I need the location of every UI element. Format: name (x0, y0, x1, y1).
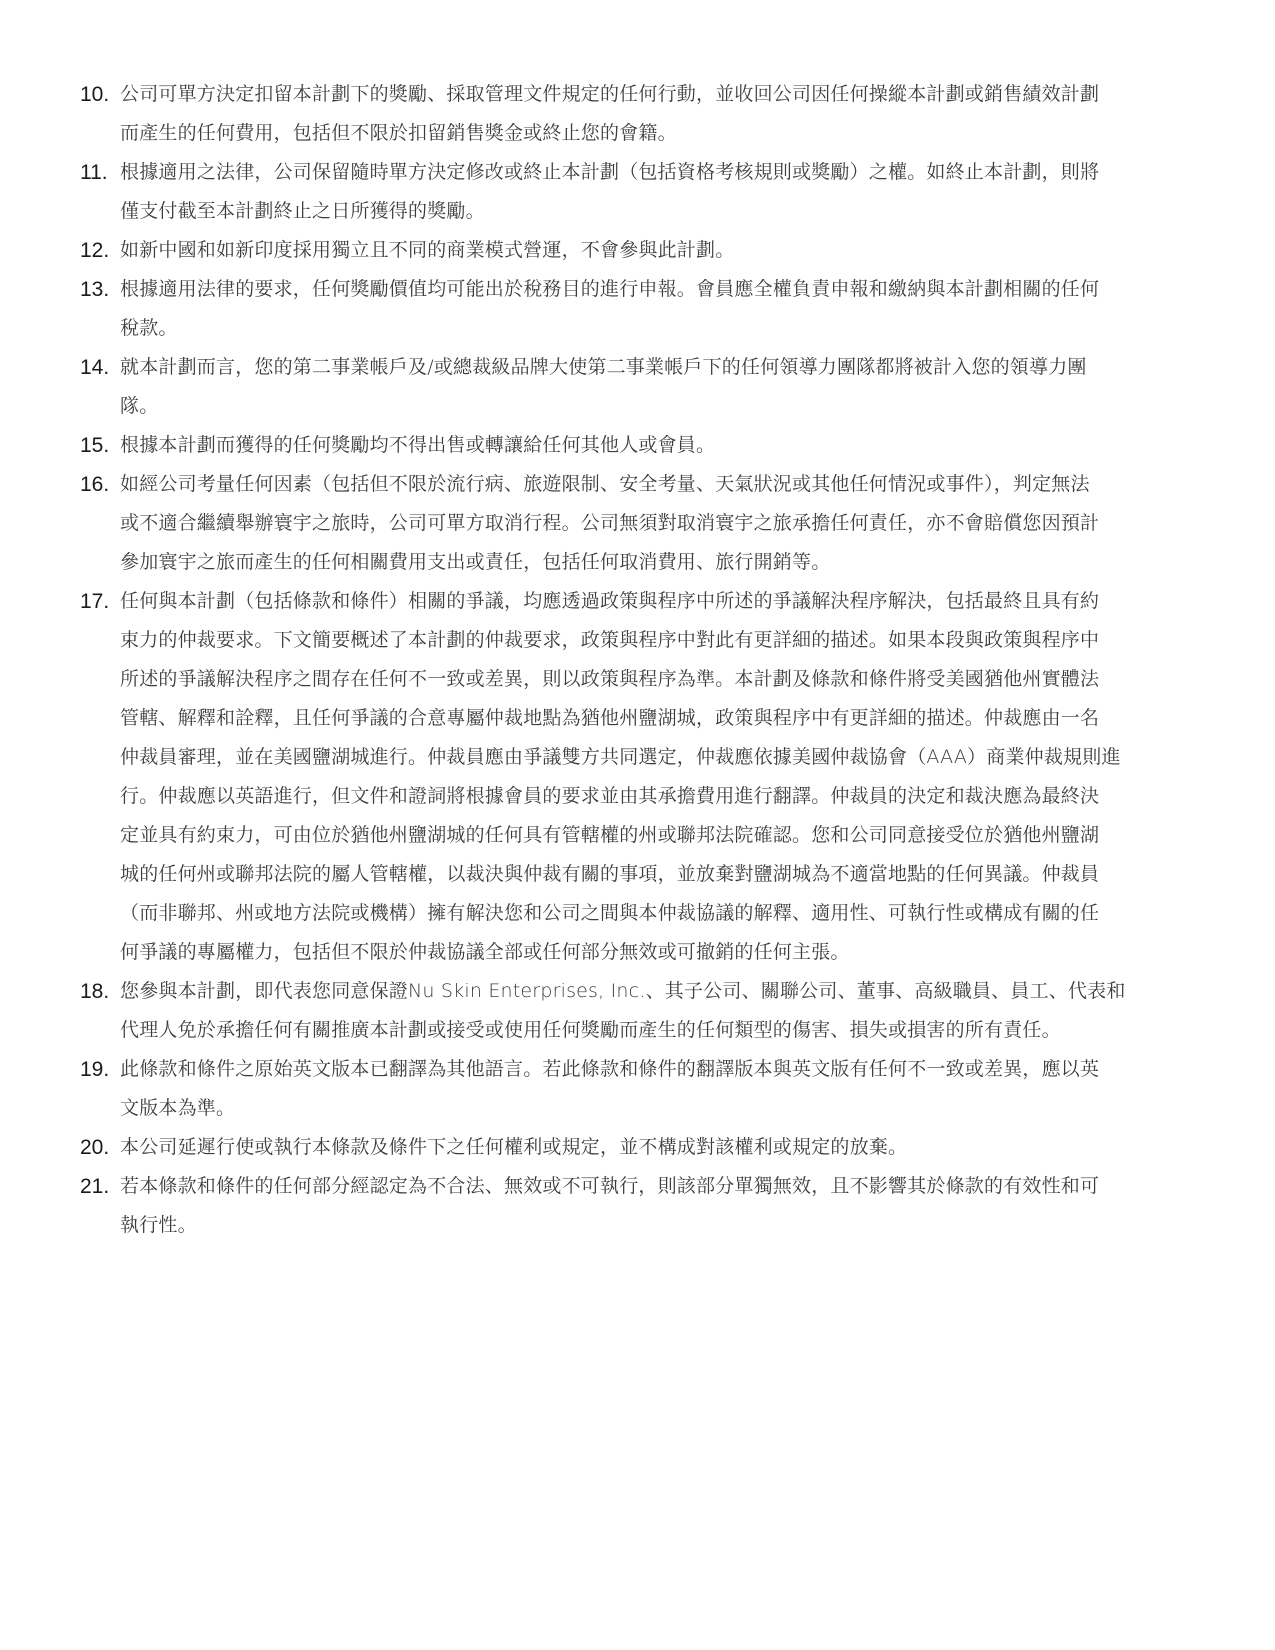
term-text: 如經公司考量任何因素（包括但不限於流行病、旅遊限制、安全考量、天氣狀況或其他任何… (120, 465, 1165, 582)
term-text: 若本條款和條件的任何部分經認定為不合法、無效或不可執行，則該部分單獨無效，且不影… (120, 1167, 1165, 1245)
term-number: 17. (80, 582, 120, 621)
term-line: 城的任何州或聯邦法院的屬人管轄權，以裁決與仲裁有關的事項，並放棄對鹽湖城為不適當… (120, 855, 1165, 894)
term-text: 就本計劃而言，您的第二事業帳戶及/或總裁級品牌大使第二事業帳戶下的任何領導力團隊… (120, 348, 1165, 426)
terms-list: 10. 公司可單方決定扣留本計劃下的獎勵、採取管理文件規定的任何行動，並收回公司… (0, 75, 1275, 1245)
term-line: 您參與本計劃，即代表您同意保證Nu Skin Enterprises, Inc.… (120, 972, 1165, 1011)
term-item-19: 19. 此條款和條件之原始英文版本已翻譯為其他語言。若此條款和條件的翻譯版本與英… (0, 1050, 1165, 1128)
term-line: 此條款和條件之原始英文版本已翻譯為其他語言。若此條款和條件的翻譯版本與英文版有任… (120, 1050, 1165, 1089)
term-item-12: 12. 如新中國和如新印度採用獨立且不同的商業模式營運，不會參與此計劃。 (0, 231, 1165, 270)
term-item-11: 11. 根據適用之法律，公司保留隨時單方決定修改或終止本計劃（包括資格考核規則或… (0, 153, 1165, 231)
term-line: 文版本為準。 (120, 1089, 1165, 1128)
term-line: 隊。 (120, 387, 1165, 426)
term-item-16: 16. 如經公司考量任何因素（包括但不限於流行病、旅遊限制、安全考量、天氣狀況或… (0, 465, 1165, 582)
term-line: 束力的仲裁要求。下文簡要概述了本計劃的仲裁要求，政策與程序中對此有更詳細的描述。… (120, 621, 1165, 660)
term-text: 公司可單方決定扣留本計劃下的獎勵、採取管理文件規定的任何行動，並收回公司因任何操… (120, 75, 1165, 153)
term-line: 根據適用之法律，公司保留隨時單方決定修改或終止本計劃（包括資格考核規則或獎勵）之… (120, 153, 1165, 192)
term-number: 10. (80, 75, 120, 114)
term-line: 何爭議的專屬權力，包括但不限於仲裁協議全部或任何部分無效或可撤銷的任何主張。 (120, 933, 1165, 972)
term-line: 若本條款和條件的任何部分經認定為不合法、無效或不可執行，則該部分單獨無效，且不影… (120, 1167, 1165, 1206)
term-line: （而非聯邦、州或地方法院或機構）擁有解決您和公司之間與本仲裁協議的解釋、適用性、… (120, 894, 1165, 933)
term-number: 14. (80, 348, 120, 387)
term-line: 稅款。 (120, 309, 1165, 348)
term-line: 如經公司考量任何因素（包括但不限於流行病、旅遊限制、安全考量、天氣狀況或其他任何… (120, 465, 1165, 504)
term-text: 根據適用法律的要求，任何獎勵價值均可能出於稅務目的進行申報。會員應全權負責申報和… (120, 270, 1165, 348)
term-text: 根據適用之法律，公司保留隨時單方決定修改或終止本計劃（包括資格考核規則或獎勵）之… (120, 153, 1165, 231)
term-line: 仲裁員審理，並在美國鹽湖城進行。仲裁員應由爭議雙方共同選定，仲裁應依據美國仲裁協… (120, 738, 1165, 777)
term-text: 此條款和條件之原始英文版本已翻譯為其他語言。若此條款和條件的翻譯版本與英文版有任… (120, 1050, 1165, 1128)
term-number: 12. (80, 231, 120, 270)
term-text: 本公司延遲行使或執行本條款及條件下之任何權利或規定，並不構成對該權利或規定的放棄… (120, 1128, 1165, 1167)
term-line: 定並具有約束力，可由位於猶他州鹽湖城的任何具有管轄權的州或聯邦法院確認。您和公司… (120, 816, 1165, 855)
term-number: 18. (80, 972, 120, 1011)
term-text: 如新中國和如新印度採用獨立且不同的商業模式營運，不會參與此計劃。 (120, 231, 1165, 270)
term-item-20: 20. 本公司延遲行使或執行本條款及條件下之任何權利或規定，並不構成對該權利或規… (0, 1128, 1165, 1167)
term-line: 如新中國和如新印度採用獨立且不同的商業模式營運，不會參與此計劃。 (120, 231, 1165, 270)
term-line: 任何與本計劃（包括條款和條件）相關的爭議，均應透過政策與程序中所述的爭議解決程序… (120, 582, 1165, 621)
term-text: 您參與本計劃，即代表您同意保證Nu Skin Enterprises, Inc.… (120, 972, 1165, 1050)
term-line: 參加寰宇之旅而產生的任何相關費用支出或責任，包括任何取消費用、旅行開銷等。 (120, 543, 1165, 582)
term-item-18: 18. 您參與本計劃，即代表您同意保證Nu Skin Enterprises, … (0, 972, 1165, 1050)
document-page: 10. 公司可單方決定扣留本計劃下的獎勵、採取管理文件規定的任何行動，並收回公司… (0, 75, 1275, 1245)
term-line: 就本計劃而言，您的第二事業帳戶及/或總裁級品牌大使第二事業帳戶下的任何領導力團隊… (120, 348, 1165, 387)
term-line: 公司可單方決定扣留本計劃下的獎勵、採取管理文件規定的任何行動，並收回公司因任何操… (120, 75, 1165, 114)
term-item-21: 21. 若本條款和條件的任何部分經認定為不合法、無效或不可執行，則該部分單獨無效… (0, 1167, 1165, 1245)
term-number: 20. (80, 1128, 120, 1167)
term-line: 本公司延遲行使或執行本條款及條件下之任何權利或規定，並不構成對該權利或規定的放棄… (120, 1128, 1165, 1167)
term-number: 16. (80, 465, 120, 504)
term-line: 而產生的任何費用，包括但不限於扣留銷售獎金或終止您的會籍。 (120, 114, 1165, 153)
term-line: 代理人免於承擔任何有關推廣本計劃或接受或使用任何獎勵而產生的任何類型的傷害、損失… (120, 1011, 1165, 1050)
term-line: 行。仲裁應以英語進行，但文件和證詞將根據會員的要求並由其承擔費用進行翻譯。仲裁員… (120, 777, 1165, 816)
term-line: 根據本計劃而獲得的任何獎勵均不得出售或轉讓給任何其他人或會員。 (120, 426, 1165, 465)
term-item-17: 17. 任何與本計劃（包括條款和條件）相關的爭議，均應透過政策與程序中所述的爭議… (0, 582, 1165, 972)
term-text: 根據本計劃而獲得的任何獎勵均不得出售或轉讓給任何其他人或會員。 (120, 426, 1165, 465)
term-item-13: 13. 根據適用法律的要求，任何獎勵價值均可能出於稅務目的進行申報。會員應全權負… (0, 270, 1165, 348)
term-number: 13. (80, 270, 120, 309)
term-text: 任何與本計劃（包括條款和條件）相關的爭議，均應透過政策與程序中所述的爭議解決程序… (120, 582, 1165, 972)
term-line: 管轄、解釋和詮釋，且任何爭議的合意專屬仲裁地點為猶他州鹽湖城，政策與程序中有更詳… (120, 699, 1165, 738)
term-line: 執行性。 (120, 1206, 1165, 1245)
term-line: 根據適用法律的要求，任何獎勵價值均可能出於稅務目的進行申報。會員應全權負責申報和… (120, 270, 1165, 309)
term-line: 或不適合繼續舉辦寰宇之旅時，公司可單方取消行程。公司無須對取消寰宇之旅承擔任何責… (120, 504, 1165, 543)
term-number: 21. (80, 1167, 120, 1206)
term-item-14: 14. 就本計劃而言，您的第二事業帳戶及/或總裁級品牌大使第二事業帳戶下的任何領… (0, 348, 1165, 426)
term-item-15: 15. 根據本計劃而獲得的任何獎勵均不得出售或轉讓給任何其他人或會員。 (0, 426, 1165, 465)
term-number: 15. (80, 426, 120, 465)
term-line: 所述的爭議解決程序之間存在任何不一致或差異，則以政策與程序為準。本計劃及條款和條… (120, 660, 1165, 699)
term-item-10: 10. 公司可單方決定扣留本計劃下的獎勵、採取管理文件規定的任何行動，並收回公司… (0, 75, 1165, 153)
term-number: 19. (80, 1050, 120, 1089)
term-line: 僅支付截至本計劃終止之日所獲得的獎勵。 (120, 192, 1165, 231)
term-number: 11. (80, 153, 120, 192)
